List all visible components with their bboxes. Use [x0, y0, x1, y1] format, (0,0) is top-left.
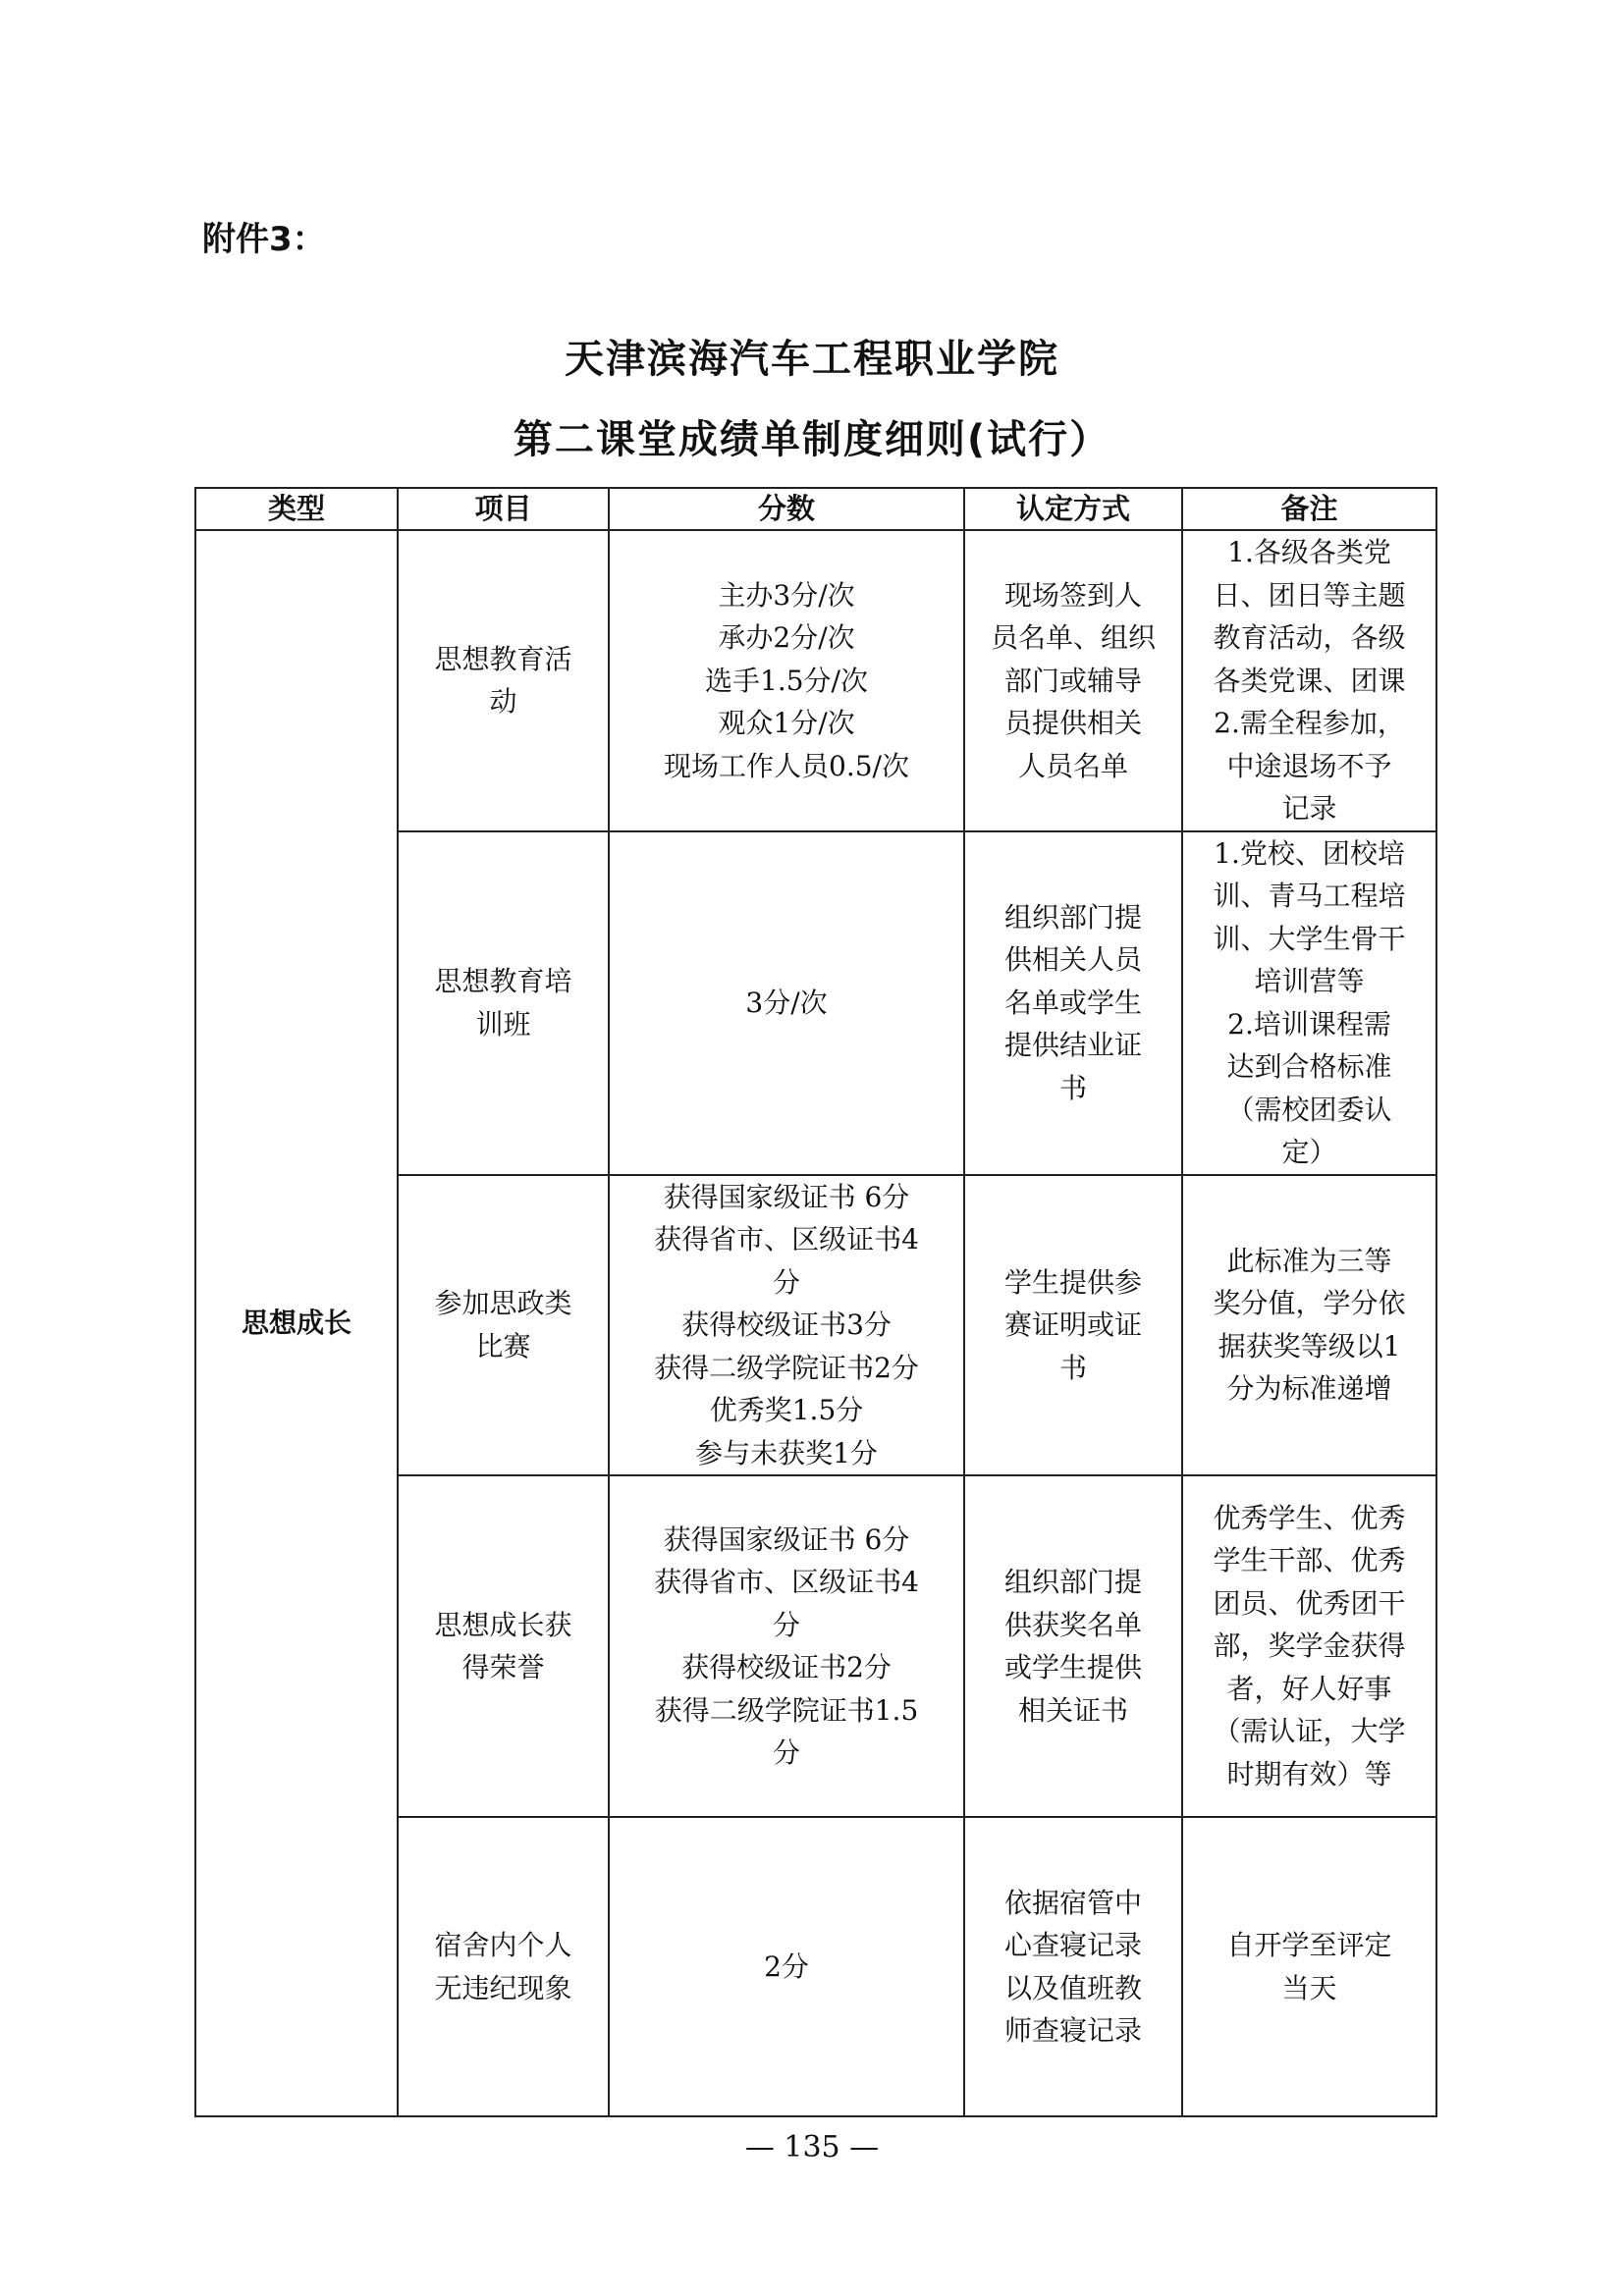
remark-cell: 优秀学生、优秀 学生干部、优秀 团员、优秀团干 部，奖学金获得 者，好人好事 （… [1182, 1475, 1436, 1817]
remark-cell: 1.各级各类党 日、团日等主题 教育活动，各级 各类党课、团课 2.需全程参加，… [1182, 530, 1436, 831]
method-cell: 依据宿管中 心查寝记录 以及值班教 师查寝记录 [964, 1817, 1182, 2116]
method-cell: 学生提供参 赛证明或证 书 [964, 1175, 1182, 1476]
remark-cell: 1.党校、团校培 训、青马工程培 训、大学生骨干 培训营等 2.培训课程需 达到… [1182, 831, 1436, 1175]
score-cell: 获得国家级证书 6分 获得省市、区级证书4 分 获得校级证书2分 获得二级学院证… [609, 1475, 964, 1817]
remark-cell: 自开学至评定 当天 [1182, 1817, 1436, 2116]
category-cell: 思想成长 [195, 530, 398, 2116]
score-cell: 主办3分/次 承办2分/次 选手1.5分/次 观众1分/次 现场工作人员0.5/… [609, 530, 964, 831]
header-remark: 备注 [1182, 488, 1436, 530]
score-cell: 2分 [609, 1817, 964, 2116]
header-type: 类型 [195, 488, 398, 530]
score-cell: 3分/次 [609, 831, 964, 1175]
score-rules-table: 类型 项目 分数 认定方式 备注 思想成长 思想教育活 动 主办3分/次 承办2… [194, 487, 1437, 2117]
header-method: 认定方式 [964, 488, 1182, 530]
item-cell: 思想教育活 动 [398, 530, 609, 831]
item-cell: 宿舍内个人 无违纪现象 [398, 1817, 609, 2116]
method-cell: 现场签到人 员名单、组织 部门或辅导 员提供相关 人员名单 [964, 530, 1182, 831]
table-header-row: 类型 项目 分数 认定方式 备注 [195, 488, 1436, 530]
method-cell: 组织部门提 供获奖名单 或学生提供 相关证书 [964, 1475, 1182, 1817]
item-cell: 思想成长获 得荣誉 [398, 1475, 609, 1817]
table-row: 思想成长 思想教育活 动 主办3分/次 承办2分/次 选手1.5分/次 观众1分… [195, 530, 1436, 831]
score-cell: 获得国家级证书 6分 获得省市、区级证书4 分 获得校级证书3分 获得二级学院证… [609, 1175, 964, 1476]
page-number: — 135 — [0, 2130, 1624, 2165]
header-item: 项目 [398, 488, 609, 530]
item-cell: 参加思政类 比赛 [398, 1175, 609, 1476]
remark-cell: 此标准为三等 奖分值，学分依 据获奖等级以1 分为标准递增 [1182, 1175, 1436, 1476]
attachment-label: 附件3： [202, 218, 326, 261]
method-cell: 组织部门提 供相关人员 名单或学生 提供结业证 书 [964, 831, 1182, 1175]
header-score: 分数 [609, 488, 964, 530]
document-title-rules: 第二课堂成绩单制度细则(试行） [0, 415, 1624, 464]
document-title-institution: 天津滨海汽车工程职业学院 [0, 335, 1624, 384]
item-cell: 思想教育培 训班 [398, 831, 609, 1175]
